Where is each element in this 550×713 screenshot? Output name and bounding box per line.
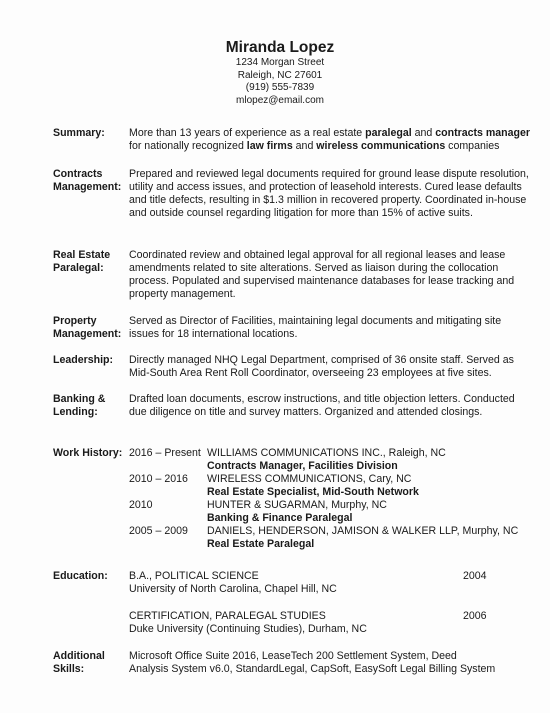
summary-keyword: wireless communications: [316, 140, 445, 152]
section-label: PropertyManagement:: [53, 315, 129, 341]
job-entry: 2005 – 2009DANIELS, HENDERSON, JAMISON &…: [129, 525, 534, 538]
summary-text: More than 13 years of experience as a re…: [129, 127, 534, 153]
job-dates: 2005 – 2009: [129, 525, 188, 538]
job-employer: DANIELS, HENDERSON, JAMISON & WALKER LLP…: [207, 525, 518, 538]
phone-number: (919) 555-7839: [10, 82, 550, 95]
section-label: Work History:: [53, 447, 129, 460]
job-title-row: Contracts Manager, Facilities Division: [129, 460, 534, 473]
summary-keyword: paralegal: [365, 127, 412, 139]
section-text: Prepared and reviewed legal documents re…: [129, 168, 534, 220]
education-entry-degree: B.A., POLITICAL SCIENCE 2004: [129, 570, 534, 583]
job-entry: 2016 – PresentWILLIAMS COMMUNICATIONS IN…: [129, 447, 534, 460]
job-dates: 2010 – 2016: [129, 473, 188, 486]
city-state-zip: Raleigh, NC 27601: [10, 70, 550, 83]
summary-fragment: More than 13 years of experience as a re…: [129, 127, 365, 139]
skills-line: Microsoft Office Suite 2016, LeaseTech 2…: [129, 650, 534, 663]
summary-fragment: companies: [445, 140, 499, 152]
section-label: Summary:: [53, 127, 129, 140]
section-text: Served as Director of Facilities, mainta…: [129, 315, 534, 341]
skills-text: Microsoft Office Suite 2016, LeaseTech 2…: [129, 650, 534, 676]
job-dates: 2016 – Present: [129, 447, 201, 460]
section-label: Banking &Lending:: [53, 393, 129, 419]
job-dates: 2010: [129, 499, 153, 512]
section-label: Real EstateParalegal:: [53, 249, 129, 275]
section-text: Drafted loan documents, escrow instructi…: [129, 393, 534, 419]
street-address: 1234 Morgan Street: [10, 57, 550, 70]
degree-name: B.A., POLITICAL SCIENCE: [129, 570, 259, 582]
job-entry: 2010 – 2016WIRELESS COMMUNICATIONS, Cary…: [129, 473, 534, 486]
degree-year: 2004: [463, 570, 487, 583]
job-title: Banking & Finance Paralegal: [207, 512, 352, 525]
job-title: Real Estate Paralegal: [207, 538, 314, 551]
section-label: AdditionalSkills:: [53, 650, 129, 676]
summary-fragment: and: [412, 127, 436, 139]
job-entry: 2010HUNTER & SUGARMAN, Murphy, NC: [129, 499, 534, 512]
job-title-row: Banking & Finance Paralegal: [129, 512, 534, 525]
summary-fragment: and: [293, 140, 317, 152]
skills-line: Analysis System v6.0, StandardLegal, Cap…: [129, 663, 534, 676]
section-text: Directly managed NHQ Legal Department, c…: [129, 354, 534, 380]
job-title: Real Estate Specialist, Mid-South Networ…: [207, 486, 419, 499]
email-address: mlopez@email.com: [10, 95, 550, 108]
summary-keyword: law firms: [247, 140, 293, 152]
job-employer: HUNTER & SUGARMAN, Murphy, NC: [207, 499, 387, 512]
work-history-list: 2016 – PresentWILLIAMS COMMUNICATIONS IN…: [129, 447, 534, 551]
education-entry-school: Duke University (Continuing Studies), Du…: [129, 623, 534, 636]
education-list: B.A., POLITICAL SCIENCE 2004 University …: [129, 570, 534, 636]
degree-year: 2006: [463, 610, 487, 623]
education-entry-degree: CERTIFICATION, PARALEGAL STUDIES 2006: [129, 610, 534, 623]
job-title-row: Real Estate Paralegal: [129, 538, 534, 551]
section-label: Leadership:: [53, 354, 129, 367]
summary-keyword: contracts manager: [435, 127, 530, 139]
section-label: ContractsManagement:: [53, 168, 129, 194]
candidate-name: Miranda Lopez: [10, 38, 550, 57]
job-employer: WIRELESS COMMUNICATIONS, Cary, NC: [207, 473, 411, 486]
job-title-row: Real Estate Specialist, Mid-South Networ…: [129, 486, 534, 499]
education-entry-school: University of North Carolina, Chapel Hil…: [129, 583, 534, 596]
section-label: Education:: [53, 570, 129, 583]
section-text: Coordinated review and obtained legal ap…: [129, 249, 534, 301]
summary-fragment: for nationally recognized: [129, 140, 247, 152]
resume-header: Miranda Lopez 1234 Morgan Street Raleigh…: [0, 38, 550, 107]
job-employer: WILLIAMS COMMUNICATIONS INC., Raleigh, N…: [207, 447, 446, 460]
job-title: Contracts Manager, Facilities Division: [207, 460, 398, 473]
degree-name: CERTIFICATION, PARALEGAL STUDIES: [129, 610, 326, 622]
